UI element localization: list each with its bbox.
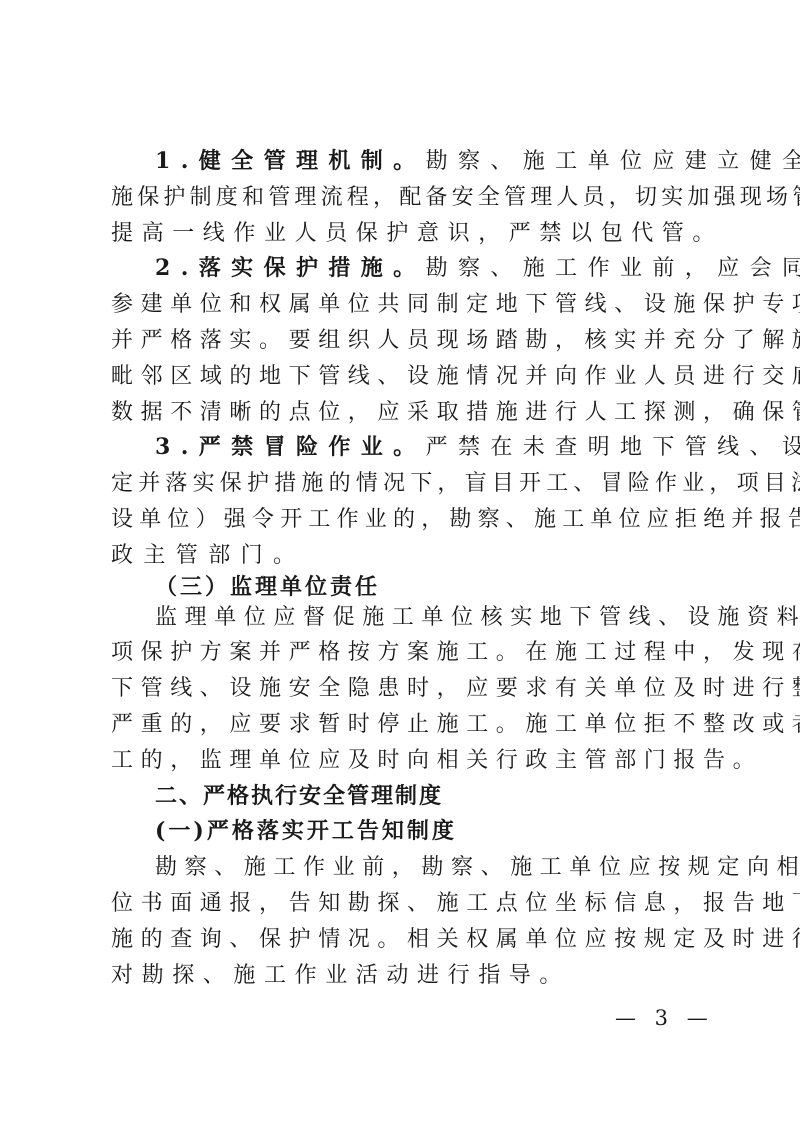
para5-line4: 对勘探、施工作业活动进行指导。 <box>111 958 703 994</box>
para2-line1: 2.落实保护措施。勘察、施工作业前，应会同建设、监理等 <box>111 251 703 287</box>
para1-line2: 施保护制度和管理流程，配备安全管理人员，切实加强现场管理， <box>111 180 703 216</box>
para4-line3: 下管线、设施安全隐患时，应要求有关单位及时进行整改。情况 <box>111 671 703 707</box>
para2-lead: 2.落实保护措施。 <box>155 255 426 281</box>
para5-line2: 位书面通报，告知勘探、施工点位坐标信息，报告地下管线和设 <box>111 886 703 922</box>
para4-line5: 工的，监理单位应及时向相关行政主管部门报告。 <box>111 743 703 779</box>
page-number: — 3 — <box>615 1006 714 1030</box>
document-page: 1.健全管理机制。勘察、施工单位应建立健全地下管线、设 施保护制度和管理流程，配… <box>111 144 703 993</box>
para2-line4: 毗邻区域的地下管线、设施情况并向作业人员进行交底。对管线 <box>111 359 703 395</box>
para3-line3: 设单位）强令开工作业的，勘察、施工单位应拒绝并报告相关行 <box>111 502 703 538</box>
para3-lead: 3.严禁冒险作业。 <box>155 434 426 460</box>
chapter2-title: 二、严格执行安全管理制度 <box>111 779 703 815</box>
subsection1-title: (一)严格落实开工告知制度 <box>111 814 703 850</box>
para4-line2: 项保护方案并严格按方案施工。在施工过程中，发现存在危及地 <box>111 635 703 671</box>
para2-line2: 参建单位和权属单位共同制定地下管线、设施保护专项施工方案 <box>111 287 703 323</box>
para4-line1: 监理单位应督促施工单位核实地下管线、设施资料，制定专 <box>111 600 703 636</box>
para2-line5: 数据不清晰的点位，应采取措施进行人工探测，确保管线安全。 <box>111 395 703 431</box>
para4-line4: 严重的，应要求暂时停止施工。施工单位拒不整改或者不停止施 <box>111 707 703 743</box>
para5-line3: 施的查询、保护情况。相关权属单位应按规定及时进行核实，并 <box>111 922 703 958</box>
para3-line2: 定并落实保护措施的情况下，盲目开工、冒险作业，项目法人（建 <box>111 466 703 502</box>
para1-line1: 1.健全管理机制。勘察、施工单位应建立健全地下管线、设 <box>111 144 703 180</box>
para1-lead: 1.健全管理机制。 <box>155 148 426 174</box>
para3-line4: 政主管部门。 <box>111 538 703 574</box>
para3-line1: 3.严禁冒险作业。严禁在未查明地下管线、设施资料，未制 <box>111 430 703 466</box>
section3-title: （三）监理单位责任 <box>111 574 703 600</box>
para2-line3: 并严格落实。要组织人员现场踏勘，核实并充分了解施工现场及 <box>111 323 703 359</box>
para1-line3: 提高一线作业人员保护意识，严禁以包代管。 <box>111 216 703 252</box>
para5-line1: 勘察、施工作业前，勘察、施工单位应按规定向相关权属单 <box>111 850 703 886</box>
